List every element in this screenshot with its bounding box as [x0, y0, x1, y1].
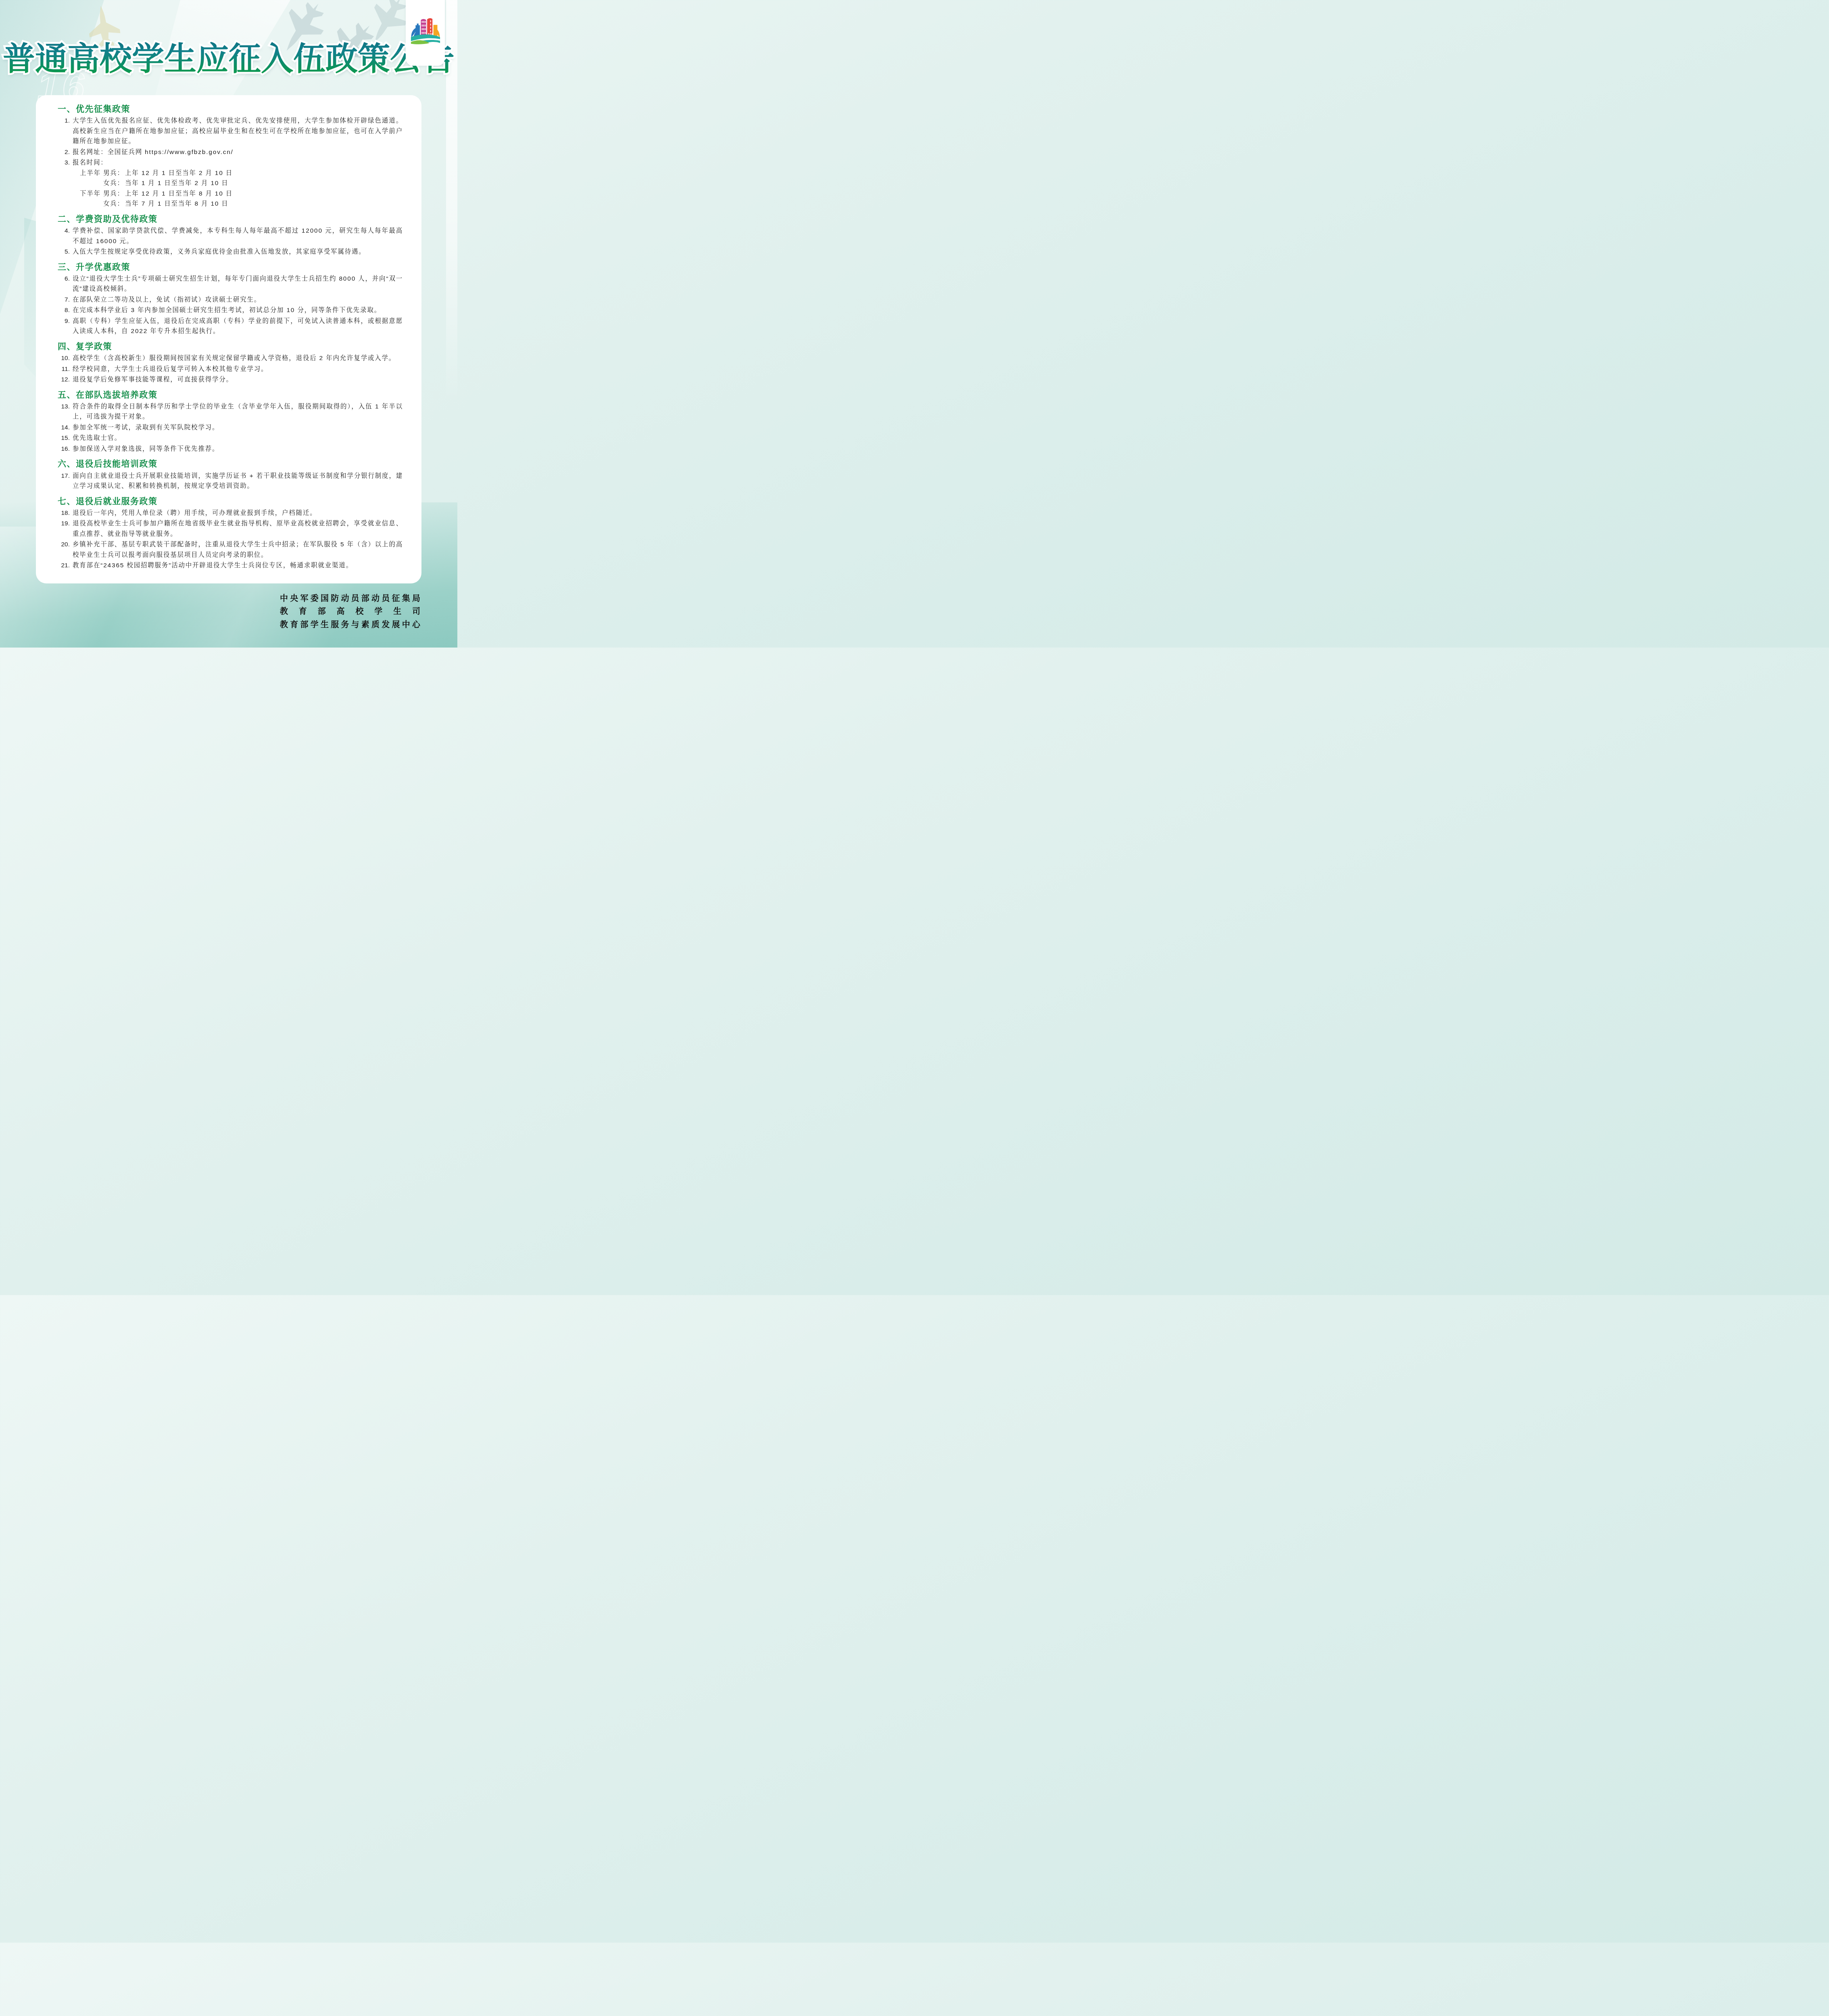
policy-item: 13.符合条件的取得全日制本科学历和学士学位的毕业生（含毕业学年入伍，服役期间取…	[58, 402, 403, 422]
page-title: 普通高校学生应征入伍政策公告 普通高校学生应征入伍政策公告	[0, 39, 457, 90]
item-text-wrap: 优先选取士官。	[73, 433, 403, 444]
item-text-wrap: 大学生入伍优先报名应征、优先体检政考、优先审批定兵、优先安排使用，大学生参加体检…	[73, 116, 403, 147]
item-number: 6.	[58, 274, 70, 294]
section-heading: 二、学费资助及优待政策	[58, 214, 403, 225]
policy-panel: 一、优先征集政策1.大学生入伍优先报名应征、优先体检政考、优先审批定兵、优先安排…	[36, 95, 421, 583]
policy-sections: 一、优先征集政策1.大学生入伍优先报名应征、优先体检政考、优先审批定兵、优先安排…	[58, 104, 403, 571]
page-title-text: 普通高校学生应征入伍政策公告	[3, 39, 455, 79]
item-text: 在完成本科学业后 3 年内参加全国硕士研究生招生考试，初试总分加 10 分，同等…	[73, 305, 403, 316]
schedule-type: 女兵：	[103, 199, 125, 209]
item-number: 10.	[58, 353, 70, 364]
policy-item: 12.退役复学后免修军事技能等课程，可直接获得学分。	[58, 375, 403, 385]
schedule-type: 男兵：	[103, 189, 125, 199]
item-number: 2.	[58, 147, 70, 158]
logo-card	[406, 0, 445, 66]
item-number: 12.	[58, 375, 70, 385]
schedule-range: 当年 7 月 1 日至当年 8 月 10 日	[125, 199, 229, 209]
policy-section: 五、在部队选拔培养政策13.符合条件的取得全日制本科学历和学士学位的毕业生（含毕…	[58, 390, 403, 454]
policy-item: 11.经学校同意，大学生士兵退役后复学可转入本校其他专业学习。	[58, 364, 403, 375]
schedule-row: 上半年男兵：上年 12 月 1 日至当年 2 月 10 日	[80, 168, 403, 179]
item-text-wrap: 退役复学后免修军事技能等课程，可直接获得学分。	[73, 375, 403, 385]
policy-item: 6.设立“退役大学生士兵”专项硕士研究生招生计划，每年专门面向退役大学生士兵招生…	[58, 274, 403, 294]
item-text: 高校学生（含高校新生）服役期间按国家有关规定保留学籍或入学资格，退役后 2 年内…	[73, 353, 403, 364]
issuer-signature: 中央军委国防动员部动员征集局教育部高校学生司教育部学生服务与素质发展中心	[280, 592, 420, 631]
policy-item: 1.大学生入伍优先报名应征、优先体检政考、优先审批定兵、优先安排使用，大学生参加…	[58, 116, 403, 147]
item-text: 设立“退役大学生士兵”专项硕士研究生招生计划，每年专门面向退役大学生士兵招生约 …	[73, 274, 403, 294]
item-text: 退役高校毕业生士兵可参加户籍所在地省级毕业生就业指导机构、原毕业高校就业招聘会，…	[73, 519, 403, 539]
policy-item: 2.报名网址：全国征兵网 https://www.gfbzb.gov.cn/	[58, 147, 403, 158]
issuer-line: 教育部高校学生司	[280, 605, 420, 618]
policy-section: 四、复学政策10.高校学生（含高校新生）服役期间按国家有关规定保留学籍或入学资格…	[58, 342, 403, 385]
policy-item: 3.报名时间：上半年男兵：上年 12 月 1 日至当年 2 月 10 日女兵：当…	[58, 158, 403, 209]
policy-section: 一、优先征集政策1.大学生入伍优先报名应征、优先体检政考、优先审批定兵、优先安排…	[58, 104, 403, 209]
item-text: 参加保送入学对象选拔，同等条件下优先推荐。	[73, 444, 403, 454]
item-text: 报名时间：	[73, 158, 403, 168]
item-text: 面向自主就业退役士兵开展职业技能培训，实施学历证书 + 若干职业技能等级证书制度…	[73, 471, 403, 492]
item-text-wrap: 学费补偿、国家助学贷款代偿、学费减免，本专科生每人每年最高不超过 12000 元…	[73, 226, 403, 246]
schedule-range: 当年 1 月 1 日至当年 2 月 10 日	[125, 178, 229, 189]
campus-wings-logo-icon	[409, 11, 442, 48]
item-number: 20.	[58, 539, 70, 560]
policy-item: 16.参加保送入学对象选拔，同等条件下优先推荐。	[58, 444, 403, 454]
schedule-row: 女兵：当年 7 月 1 日至当年 8 月 10 日	[80, 199, 403, 209]
item-number: 11.	[58, 364, 70, 375]
policy-section: 三、升学优惠政策6.设立“退役大学生士兵”专项硕士研究生招生计划，每年专门面向退…	[58, 262, 403, 337]
section-heading: 五、在部队选拔培养政策	[58, 390, 403, 400]
item-text: 优先选取士官。	[73, 433, 403, 444]
item-text-wrap: 符合条件的取得全日制本科学历和学士学位的毕业生（含毕业学年入伍，服役期间取得的）…	[73, 402, 403, 422]
item-number: 16.	[58, 444, 70, 454]
item-text-wrap: 退役高校毕业生士兵可参加户籍所在地省级毕业生就业指导机构、原毕业高校就业招聘会，…	[73, 519, 403, 539]
item-text-wrap: 报名时间：上半年男兵：上年 12 月 1 日至当年 2 月 10 日女兵：当年 …	[73, 158, 403, 209]
item-text: 在部队荣立二等功及以上，免试（指初试）攻读硕士研究生。	[73, 295, 403, 305]
item-text: 报名网址：全国征兵网 https://www.gfbzb.gov.cn/	[73, 147, 403, 158]
item-text-wrap: 高职（专科）学生应征入伍，退役后在完成高职（专科）学业的前提下，可免试入读普通本…	[73, 316, 403, 337]
item-number: 8.	[58, 305, 70, 316]
item-text: 高职（专科）学生应征入伍，退役后在完成高职（专科）学业的前提下，可免试入读普通本…	[73, 316, 403, 337]
policy-item: 14.参加全军统一考试，录取到有关军队院校学习。	[58, 423, 403, 433]
item-number: 21.	[58, 560, 70, 571]
item-text-wrap: 经学校同意，大学生士兵退役后复学可转入本校其他专业学习。	[73, 364, 403, 375]
schedule-row: 女兵：当年 1 月 1 日至当年 2 月 10 日	[80, 178, 403, 189]
item-number: 14.	[58, 423, 70, 433]
policy-item: 5.入伍大学生按规定享受优待政策，义务兵家庭优待金由批准入伍地发放，其家庭享受军…	[58, 247, 403, 257]
policy-item: 18.退役后一年内，凭用人单位录（聘）用手续，可办理就业报到手续，户档随迁。	[58, 508, 403, 519]
item-text-wrap: 参加全军统一考试，录取到有关军队院校学习。	[73, 423, 403, 433]
item-number: 13.	[58, 402, 70, 422]
item-number: 5.	[58, 247, 70, 257]
item-number: 9.	[58, 316, 70, 337]
item-number: 3.	[58, 158, 70, 209]
schedule-type: 男兵：	[103, 168, 125, 179]
item-text: 符合条件的取得全日制本科学历和学士学位的毕业生（含毕业学年入伍，服役期间取得的）…	[73, 402, 403, 422]
policy-item: 9.高职（专科）学生应征入伍，退役后在完成高职（专科）学业的前提下，可免试入读普…	[58, 316, 403, 337]
schedule-period: 上半年	[80, 168, 103, 179]
schedule-period: 下半年	[80, 189, 103, 199]
item-text-wrap: 参加保送入学对象选拔，同等条件下优先推荐。	[73, 444, 403, 454]
item-text: 退役后一年内，凭用人单位录（聘）用手续，可办理就业报到手续，户档随迁。	[73, 508, 403, 519]
section-heading: 三、升学优惠政策	[58, 262, 403, 273]
poster: { "header": { "title": "普通高校学生应征入伍政策公告" …	[0, 0, 457, 648]
item-number: 18.	[58, 508, 70, 519]
schedule-range: 上年 12 月 1 日至当年 8 月 10 日	[125, 189, 233, 199]
item-text: 参加全军统一考试，录取到有关军队院校学习。	[73, 423, 403, 433]
policy-item: 7.在部队荣立二等功及以上，免试（指初试）攻读硕士研究生。	[58, 295, 403, 305]
item-number: 19.	[58, 519, 70, 539]
issuer-line: 中央军委国防动员部动员征集局	[280, 592, 420, 605]
item-text: 乡镇补充干部、基层专职武装干部配备时，注重从退役大学生士兵中招录；在军队服役 5…	[73, 539, 403, 560]
item-number: 4.	[58, 226, 70, 246]
schedule-row: 下半年男兵：上年 12 月 1 日至当年 8 月 10 日	[80, 189, 403, 199]
policy-item: 8.在完成本科学业后 3 年内参加全国硕士研究生招生考试，初试总分加 10 分，…	[58, 305, 403, 316]
schedule-period	[80, 178, 103, 189]
item-text: 退役复学后免修军事技能等课程，可直接获得学分。	[73, 375, 403, 385]
item-number: 1.	[58, 116, 70, 147]
schedule-type: 女兵：	[103, 178, 125, 189]
section-heading: 六、退役后技能培训政策	[58, 459, 403, 469]
policy-item: 20.乡镇补充干部、基层专职武装干部配备时，注重从退役大学生士兵中招录；在军队服…	[58, 539, 403, 560]
item-text: 学费补偿、国家助学贷款代偿、学费减免，本专科生每人每年最高不超过 12000 元…	[73, 226, 403, 246]
section-heading: 四、复学政策	[58, 342, 403, 352]
item-text: 教育部在“24365 校园招聘服务”活动中开辟退役大学生士兵岗位专区，畅通求职就…	[73, 560, 403, 571]
item-text-wrap: 设立“退役大学生士兵”专项硕士研究生招生计划，每年专门面向退役大学生士兵招生约 …	[73, 274, 403, 294]
item-text-wrap: 在部队荣立二等功及以上，免试（指初试）攻读硕士研究生。	[73, 295, 403, 305]
policy-item: 19.退役高校毕业生士兵可参加户籍所在地省级毕业生就业指导机构、原毕业高校就业招…	[58, 519, 403, 539]
issuer-line: 教育部学生服务与素质发展中心	[280, 619, 420, 631]
item-text-wrap: 面向自主就业退役士兵开展职业技能培训，实施学历证书 + 若干职业技能等级证书制度…	[73, 471, 403, 492]
policy-item: 10.高校学生（含高校新生）服役期间按国家有关规定保留学籍或入学资格，退役后 2…	[58, 353, 403, 364]
item-text-wrap: 高校学生（含高校新生）服役期间按国家有关规定保留学籍或入学资格，退役后 2 年内…	[73, 353, 403, 364]
item-number: 17.	[58, 471, 70, 492]
policy-section: 六、退役后技能培训政策17.面向自主就业退役士兵开展职业技能培训，实施学历证书 …	[58, 459, 403, 491]
policy-section: 七、退役后就业服务政策18.退役后一年内，凭用人单位录（聘）用手续，可办理就业报…	[58, 496, 403, 571]
item-text: 大学生入伍优先报名应征、优先体检政考、优先审批定兵、优先安排使用，大学生参加体检…	[73, 116, 403, 147]
item-number: 15.	[58, 433, 70, 444]
item-text-wrap: 在完成本科学业后 3 年内参加全国硕士研究生招生考试，初试总分加 10 分，同等…	[73, 305, 403, 316]
policy-item: 17.面向自主就业退役士兵开展职业技能培训，实施学历证书 + 若干职业技能等级证…	[58, 471, 403, 492]
enlistment-schedule: 上半年男兵：上年 12 月 1 日至当年 2 月 10 日女兵：当年 1 月 1…	[80, 168, 403, 209]
item-text: 经学校同意，大学生士兵退役后复学可转入本校其他专业学习。	[73, 364, 403, 375]
item-text: 入伍大学生按规定享受优待政策，义务兵家庭优待金由批准入伍地发放，其家庭享受军属待…	[73, 247, 403, 257]
item-text-wrap: 乡镇补充干部、基层专职武装干部配备时，注重从退役大学生士兵中招录；在军队服役 5…	[73, 539, 403, 560]
schedule-period	[80, 199, 103, 209]
item-text-wrap: 报名网址：全国征兵网 https://www.gfbzb.gov.cn/	[73, 147, 403, 158]
section-heading: 一、优先征集政策	[58, 104, 403, 115]
policy-item: 4.学费补偿、国家助学贷款代偿、学费减免，本专科生每人每年最高不超过 12000…	[58, 226, 403, 246]
item-text-wrap: 教育部在“24365 校园招聘服务”活动中开辟退役大学生士兵岗位专区，畅通求职就…	[73, 560, 403, 571]
section-heading: 七、退役后就业服务政策	[58, 496, 403, 507]
schedule-range: 上年 12 月 1 日至当年 2 月 10 日	[125, 168, 233, 179]
item-number: 7.	[58, 295, 70, 305]
policy-item: 21.教育部在“24365 校园招聘服务”活动中开辟退役大学生士兵岗位专区，畅通…	[58, 560, 403, 571]
policy-section: 二、学费资助及优待政策4.学费补偿、国家助学贷款代偿、学费减免，本专科生每人每年…	[58, 214, 403, 257]
policy-item: 15.优先选取士官。	[58, 433, 403, 444]
item-text-wrap: 退役后一年内，凭用人单位录（聘）用手续，可办理就业报到手续，户档随迁。	[73, 508, 403, 519]
item-text-wrap: 入伍大学生按规定享受优待政策，义务兵家庭优待金由批准入伍地发放，其家庭享受军属待…	[73, 247, 403, 257]
